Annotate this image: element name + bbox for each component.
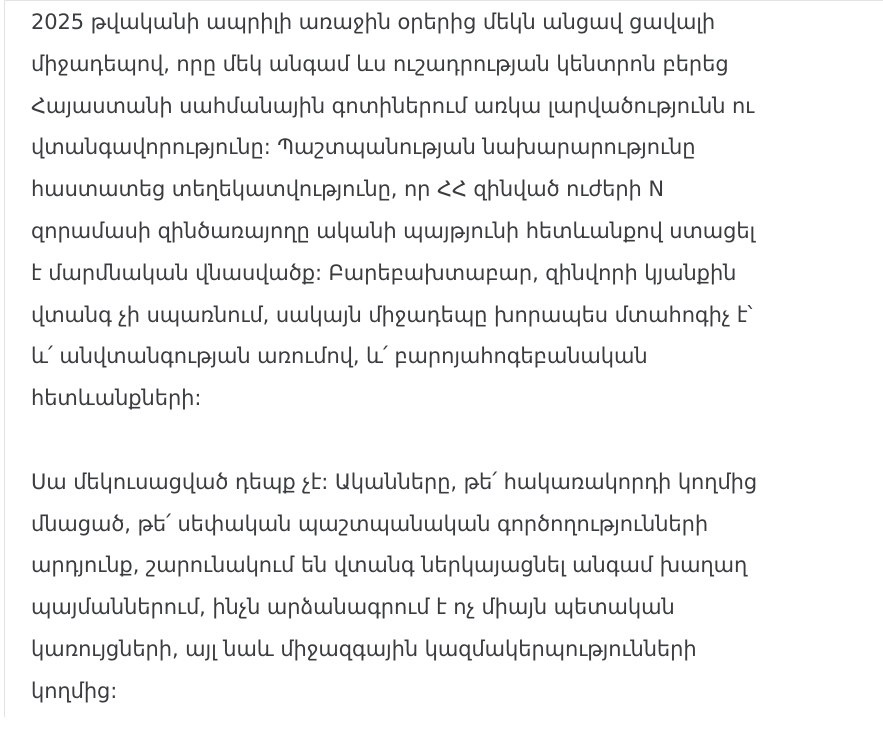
paragraph-line: կառույցների, այլ նաև միջազգային կազմակեր… [31,629,881,671]
paragraph-line: վտանգ չի սպառնում, սակայն միջադեպը խորապ… [31,295,881,337]
paragraph-line: հաստատեց տեղեկատվությունը, որ ՀՀ զինված … [31,169,881,211]
paragraph-line: և՛ անվտանգության առումով, և՛ բարոյահոգեբ… [31,336,881,378]
paragraph-line: զորամասի զինծառայողը ականի պայթյունի հետ… [31,211,881,253]
paragraph-line: հետևանքների: [31,378,881,420]
paragraph-1: 2025 թվականի ապրիլի առաջին օրերից մեկն ա… [31,2,881,420]
paragraph-line: արդյունք, շարունակում են վտանգ ներկայացն… [31,545,881,587]
paragraph-line: մնացած, թե՛ սեփական պաշտպանական գործողու… [31,504,881,546]
article-frame: 2025 թվականի ապրիլի առաջին օրերից մեկն ա… [4,0,883,717]
paragraph-line: միջադեպով, որը մեկ անգամ ևս ուշադրության… [31,44,881,86]
paragraph-line: է մարմնական վնասվածք: Բարեբախտաբար, զինվ… [31,253,881,295]
article-body: 2025 թվականի ապրիլի առաջին օրերից մեկն ա… [31,2,881,717]
paragraph-line: Հայաստանի սահմանային գոտիներում առկա լար… [31,86,881,128]
paragraph-line: 2025 թվականի ապրիլի առաջին օրերից մեկն ա… [31,2,881,44]
paragraph-line: վտանգավորությունը: Պաշտպանության նախարար… [31,127,881,169]
paragraph-line: Սա մեկուսացված դեպք չէ: Ականները, թե՛ հա… [31,462,881,504]
paragraph-line: պայմաններում, ինչն արձանագրում է ոչ միայ… [31,587,881,629]
paragraph-2: Սա մեկուսացված դեպք չէ: Ականները, թե՛ հա… [31,462,881,713]
paragraph-line: կողմից: [31,671,881,713]
